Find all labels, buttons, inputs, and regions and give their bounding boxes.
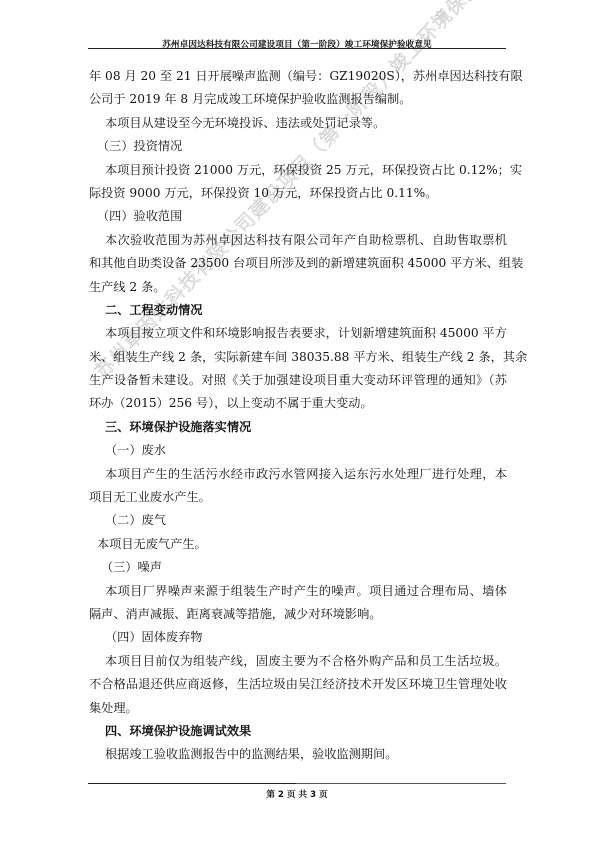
paragraph-line: 项目无工业废水产生。 [89,486,507,509]
page-number: 第 2 页 共 3 页 [88,788,506,800]
section-heading-commissioning-effect: 四、环境保护设施调试效果 [89,720,507,743]
paragraph-line: 环办（2015）256 号），以上变动不属于重大变动。 [89,392,507,415]
footer-divider [88,783,506,784]
subsection-heading-wastewater: （一）废水 [89,439,507,462]
paragraph-line: 生产设备暂未建设。对照《关于加强建设项目重大变动环评管理的通知》（苏 [89,369,507,392]
document-body: 年 08 月 20 至 21 日开展噪声监测（编号：GZ19020S），苏州卓因… [89,65,507,767]
subsection-heading-exhaust-gas: （二）废气 [89,509,507,532]
section-heading-acceptance-scope: （四）验收范围 [89,205,507,228]
paragraph-line: 隔声、消声减振、距离衰减等措施，减少对环境影响。 [89,603,507,626]
paragraph-line: 和其他自助类设备 23500 台项目所涉及到的新增建筑面积 45000 平方米、… [89,252,507,275]
subsection-heading-noise: （三）噪声 [89,556,507,579]
paragraph-line: 本项目按立项文件和环境影响报告表要求，计划新增建筑面积 45000 平方 [89,322,507,345]
paragraph-line: 本项目预计投资 21000 万元，环保投资 25 万元，环保投资占比 0.12%… [89,159,507,182]
paragraph-line: 不合格品退还供应商返修，生活垃圾由吴江经济技术开发区环境卫生管理处收 [89,673,507,696]
paragraph-line: 本项目产生的生活污水经市政污水管网接入运东污水处理厂进行处理，本 [89,463,507,486]
paragraph-line: 集处理。 [89,697,507,720]
section-heading-investment: （三）投资情况 [89,135,507,158]
paragraph-line: 本项目厂界噪声来源于组装生产时产生的噪声。项目通过合理布局、墙体 [89,580,507,603]
paragraph-line: 根据竣工验收监测报告中的监测结果，验收监测期间。 [89,743,507,766]
section-heading-engineering-changes: 二、工程变动情况 [89,299,507,322]
paragraph-line: 本项目从建设至今无环境投诉、违法或处罚记录等。 [89,112,507,135]
paragraph-line: 际投资 9000 万元，环保投资 10 万元，环保投资占比 0.11%。 [89,182,507,205]
header-divider [88,48,506,49]
paragraph-line: 生产线 2 条。 [89,276,507,299]
section-heading-env-facilities: 三、环境保护设施落实情况 [89,416,507,439]
paragraph-line: 米、组装生产线 2 条，实际新建车间 38035.88 平方米、组装生产线 2 … [89,346,507,369]
paragraph-line: 本次验收范围为苏州卓因达科技有限公司年产自助检票机、自助售取票机 [89,229,507,252]
paragraph-line: 本项目无废气产生。 [89,533,507,556]
paragraph-line: 年 08 月 20 至 21 日开展噪声监测（编号：GZ19020S），苏州卓因… [89,65,507,88]
paragraph-line: 本项目目前仅为组装产线，固废主要为不合格外购产品和员工生活垃圾。 [89,650,507,673]
paragraph-line: 公司于 2019 年 8 月完成竣工环境保护验收监测报告编制。 [89,88,507,111]
subsection-heading-solid-waste: （四）固体废弃物 [89,626,507,649]
